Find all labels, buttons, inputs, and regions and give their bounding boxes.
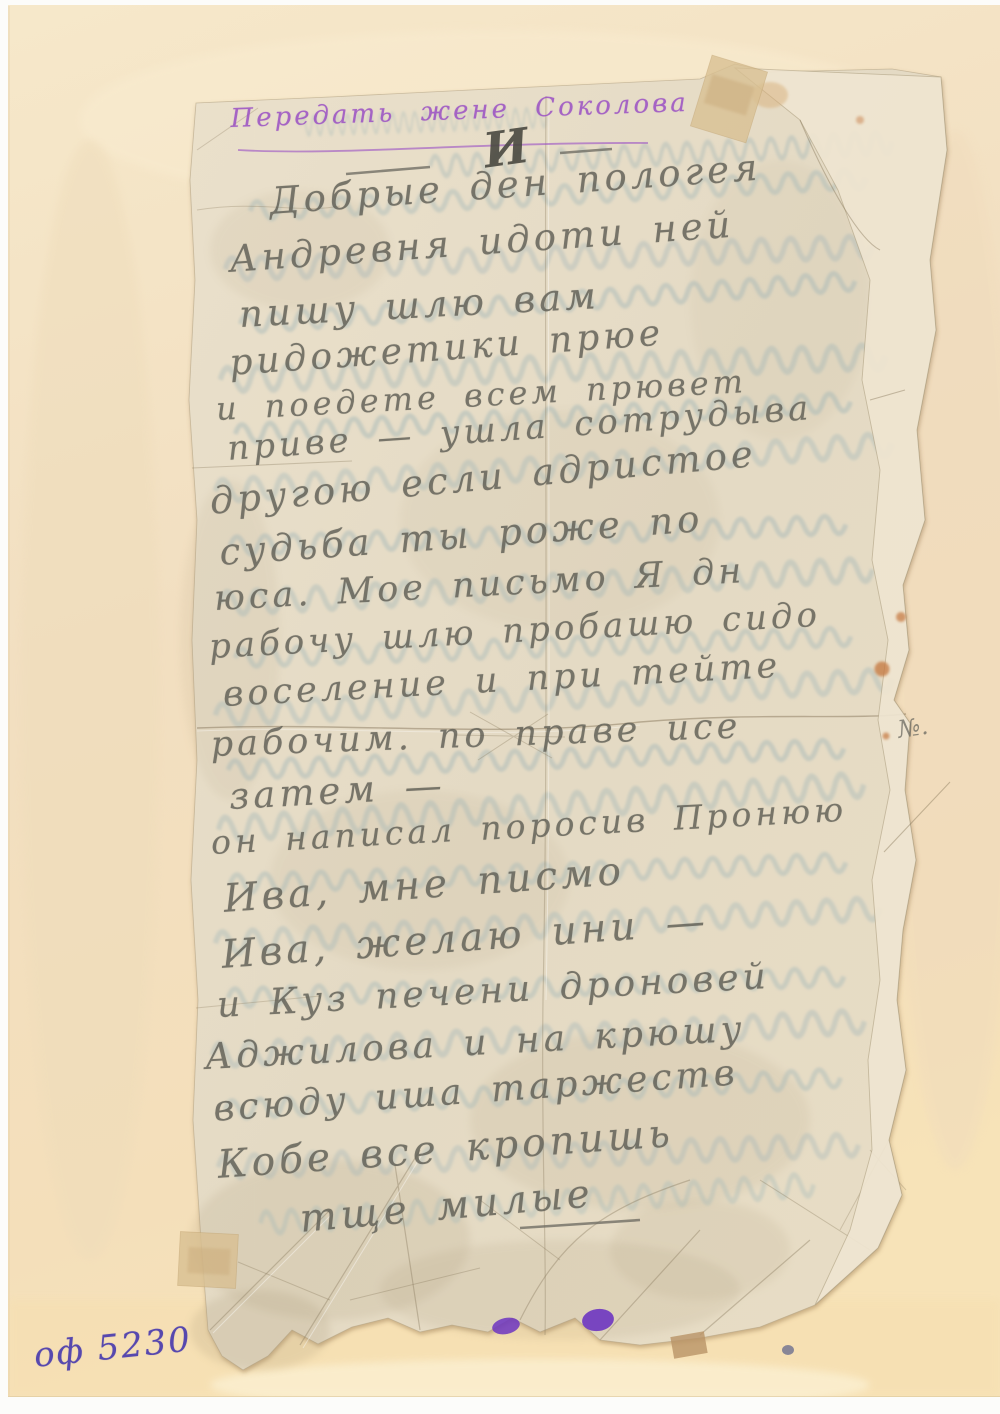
scanned-letter-page: Передать жене Соколова И №. Добрые ден п…: [0, 0, 1000, 1414]
pencil-margin-mark: №.: [896, 712, 930, 744]
